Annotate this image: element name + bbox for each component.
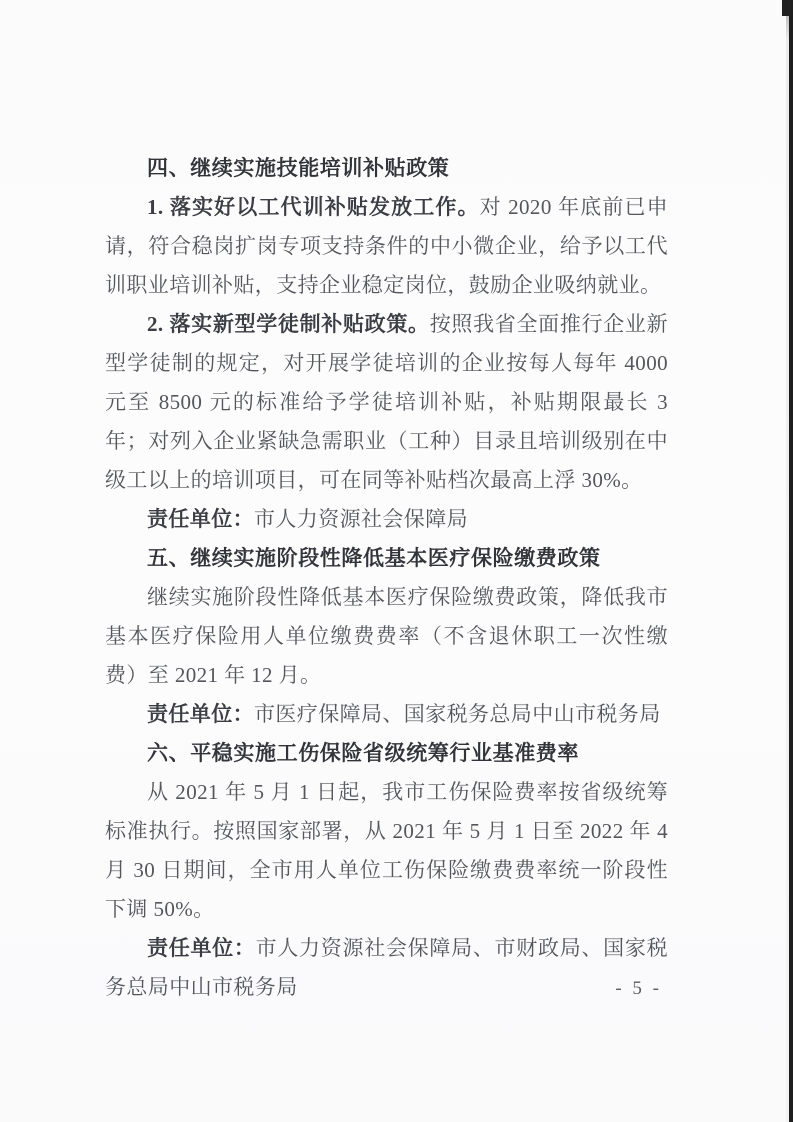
paragraph-4-item-1: 1. 落实好以工代训补贴发放工作。对 2020 年底前已申请，符合稳岗扩岗专项支… bbox=[105, 188, 668, 305]
text-run-heading: 六、平稳实施工伤保险省级统筹行业基准费率 bbox=[147, 742, 579, 765]
paragraph-4-item-2: 2. 落实新型学徒制补贴政策。按照我省全面推行企业新型学徒制的规定，对开展学徒培… bbox=[105, 305, 668, 500]
responsibility-unit-5: 责任单位：市医疗保障局、国家税务总局中山市税务局 bbox=[105, 695, 668, 734]
text-run-body: 按照我省全面推行企业新型学徒制的规定，对开展学徒培训的企业按每人每年 4000 … bbox=[105, 312, 674, 492]
responsibility-unit-6: 责任单位：市人力资源社会保障局、市财政局、国家税务总局中山市税务局 bbox=[105, 929, 668, 1007]
section-heading-4: 四、继续实施技能培训补贴政策 bbox=[105, 149, 668, 188]
text-run-heading: 五、继续实施阶段性降低基本医疗保险缴费政策 bbox=[147, 547, 601, 570]
document-page: 四、继续实施技能培训补贴政策1. 落实好以工代训补贴发放工作。对 2020 年底… bbox=[0, 0, 793, 1122]
page-number: - 5 - bbox=[615, 977, 662, 1001]
responsibility-unit-4: 责任单位：市人力资源社会保障局 bbox=[105, 500, 668, 539]
text-run-heading: 四、继续实施技能培训补贴政策 bbox=[147, 157, 449, 180]
text-run-lead: 责任单位： bbox=[147, 507, 254, 531]
text-run-lead: 责任单位： bbox=[147, 936, 256, 960]
text-run-lead: 2. 落实新型学徒制补贴政策。 bbox=[147, 312, 430, 336]
text-run-body: 继续实施阶段性降低基本医疗保险缴费政策，降低我市基本医疗保险用人单位缴费费率（不… bbox=[105, 585, 668, 687]
paragraph-5-1: 继续实施阶段性降低基本医疗保险缴费政策，降低我市基本医疗保险用人单位缴费费率（不… bbox=[105, 578, 668, 695]
text-run-lead: 1. 落实好以工代训补贴发放工作。 bbox=[147, 195, 480, 219]
text-run-body: 从 2021 年 5 月 1 日起，我市工伤保险费率按省级统筹标准执行。按照国家… bbox=[105, 780, 674, 921]
text-run-lead: 责任单位： bbox=[147, 702, 254, 726]
paragraph-6-1: 从 2021 年 5 月 1 日起，我市工伤保险费率按省级统筹标准执行。按照国家… bbox=[105, 773, 668, 929]
scan-edge-artifact bbox=[789, 0, 793, 1122]
document-body: 四、继续实施技能培训补贴政策1. 落实好以工代训补贴发放工作。对 2020 年底… bbox=[105, 149, 668, 1007]
section-heading-6: 六、平稳实施工伤保险省级统筹行业基准费率 bbox=[105, 734, 668, 773]
scan-corner-artifact bbox=[782, 0, 791, 16]
text-run-body: 市医疗保障局、国家税务总局中山市税务局 bbox=[254, 702, 661, 726]
section-heading-5: 五、继续实施阶段性降低基本医疗保险缴费政策 bbox=[105, 539, 668, 578]
text-run-body: 市人力资源社会保障局 bbox=[254, 507, 468, 531]
